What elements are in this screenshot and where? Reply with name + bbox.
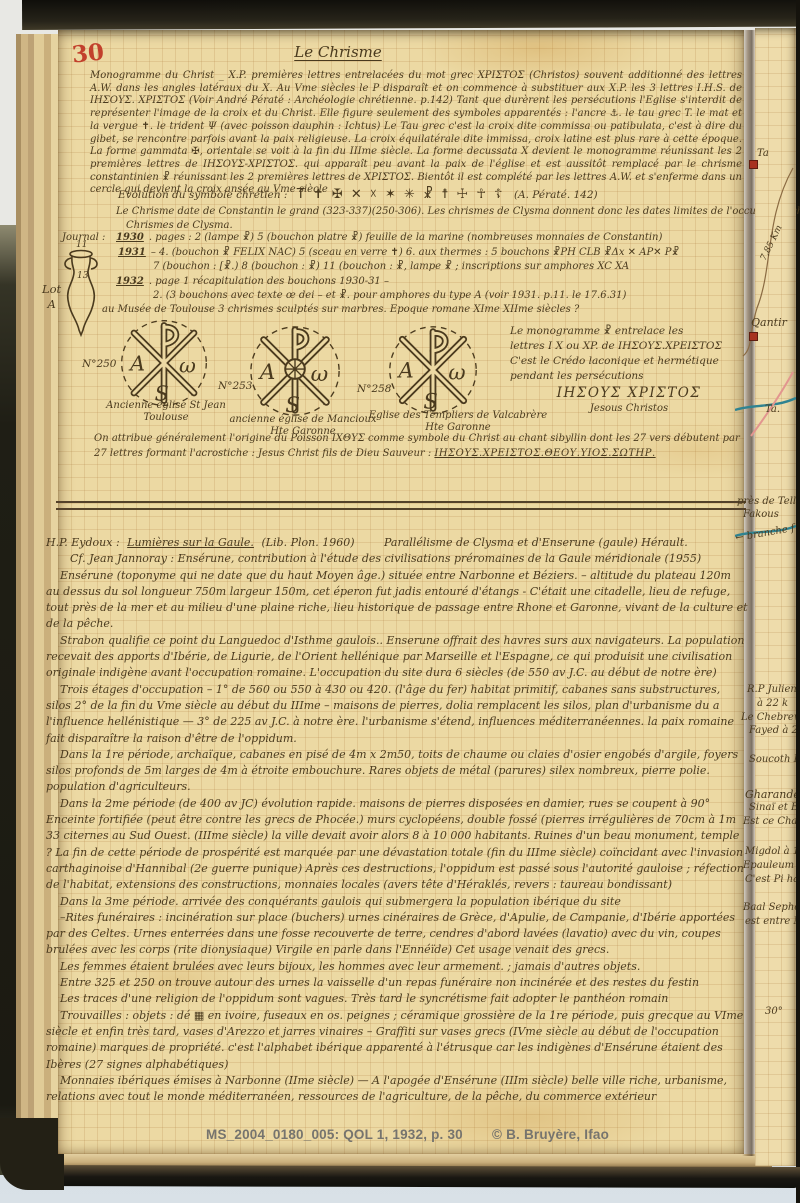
svg-text:ω: ω [311, 362, 329, 387]
section-divider [56, 501, 746, 503]
journal-entry-1930: 1930. pages : 2 (lampe ☧) 5 (bouchon pla… [116, 232, 662, 243]
copyright-caption: © B. Bruyère, Ifao [492, 1127, 609, 1142]
facing-fragment: Migdol à 18 [745, 846, 796, 857]
eydoux-paragraph: Trois étages d'occupation – 1° de 560 ou… [46, 682, 748, 747]
eydoux-paragraph: Monnaies ibériques émises à Narbonne (II… [46, 1073, 748, 1106]
eydoux-author: H.P. Eydoux : [46, 536, 120, 549]
lot-word: Lot [42, 282, 61, 297]
eydoux-paragraph: Ensérune (toponyme qui ne date que du ha… [46, 568, 748, 633]
greek-title: ΙΗΣΟΥΣ ΧΡΙΣΤΟΣ [510, 386, 748, 401]
journal-year: 1932 [116, 276, 144, 287]
notebook-page: 30 Le Chrisme Monogramme du Christ _ X.P… [58, 30, 744, 1154]
cross-symbols-icon: T ✝ ✠ ✕ ☓ ✶ ✳ ☧ ☨ ☩ ☥ ☦ [297, 187, 505, 202]
journal-entry-1932: 1932. page 1 récapitulation des bouchons… [116, 276, 389, 287]
svg-text:ω: ω [179, 353, 196, 377]
chrisme-drawing-250: A ω S [117, 316, 211, 410]
place-label-qantir: Qantir [751, 316, 787, 329]
acrostiche-greek: ΙΗΣΟΥΣ.ΧΡΕΙΣΤΟΣ.ΘΕΟΥ.ΥΙΟΣ.ΣΩΤΗΡ. [434, 448, 655, 459]
facing-fragment: Epauleum a [743, 860, 796, 871]
lot-label: Lot A [42, 282, 61, 312]
facing-fragment: Ta [757, 148, 769, 159]
journal-text: . page 1 récapitulation des bouchons 193… [149, 276, 389, 287]
intro-paragraph: Monogramme du Christ _ X.P. premières le… [90, 70, 742, 197]
catalog-caption: MS_2004_0180_005: QOL 1, 1932, p. 30 [206, 1127, 463, 1142]
scan-right-edge [796, 0, 800, 1203]
facing-fragment: Gharandel - [745, 788, 796, 801]
journal-year: 1930 [116, 232, 144, 243]
acrostiche-paragraph: On attribue généralement l'origine du Po… [94, 432, 744, 461]
constantin-dates-line: Le Chrisme date de Constantin le grand (… [116, 206, 800, 217]
red-site-marker-icon [749, 160, 758, 169]
facing-fragment: Fayed à 23 [749, 725, 796, 736]
page-title: Le Chrisme [198, 43, 478, 61]
evolution-label: Evolution du symbole chrétien : [118, 189, 287, 201]
eydoux-section: H.P. Eydoux : Lumières sur la Gaule. (Li… [46, 535, 748, 1105]
facing-fragment: R.P Julien : M [747, 684, 796, 695]
eydoux-paragraph: Dans la 3me période. arrivée des conquér… [46, 894, 748, 910]
amphora-drawing: 11 13 [54, 238, 110, 338]
facing-fragment: Baal Sephon [743, 902, 796, 913]
svg-text:ω: ω [448, 360, 465, 385]
eydoux-book-title: Lumières sur la Gaule. [127, 536, 254, 549]
journal-entry-1932b: 2. (3 bouchons avec texte œ dei – et ☧. … [153, 290, 626, 301]
note-line: C'est le Crédo laconique et hermétique [510, 354, 748, 369]
facing-page-content: Ta 7,85 Km Qantir Ta. près de Tell Fakou… [735, 28, 796, 1166]
facing-fragment: C'est Pi hahi [745, 874, 796, 885]
facing-fragment: Ta. [765, 404, 780, 415]
eydoux-reference: Cf. Jean Jannoray : Ensérune, contributi… [46, 551, 748, 567]
journal-year: 1931 [118, 247, 146, 258]
svg-text:A: A [396, 358, 413, 383]
eydoux-paragraph: Les traces d'une religion de l'oppidum s… [46, 991, 748, 1007]
facing-fragment: Soucoth El [749, 754, 796, 765]
svg-text:A: A [128, 352, 145, 376]
note-line: Le monogramme ☧ entrelace les [510, 324, 748, 339]
evolution-ref: (A. Pératé. 142) [514, 189, 598, 201]
chrisme-drawing-258: A ω S [385, 322, 481, 418]
journal-entry-1931b: 7 (bouchon : [☧.) 8 (bouchon : ☧) 11 (bo… [153, 261, 629, 272]
figure-number: N°253 [218, 380, 252, 392]
eydoux-paragraph: Dans la 1re période, archaïque, cabanes … [46, 747, 748, 796]
facing-fragment: Est ce Chare [743, 816, 796, 827]
notebook-bottom-cover [20, 1165, 800, 1188]
facing-fragment: 30° [765, 1006, 783, 1017]
eydoux-paragraph: Dans la 2me période (de 400 av JC) évolu… [46, 796, 748, 894]
lot-letter: A [42, 297, 61, 312]
journal-text: 7 (bouchon : [☧.) 8 (bouchon : ☧) 11 (bo… [153, 261, 629, 272]
facing-fragment: Le Chebrewet e [741, 712, 796, 723]
facing-fragment: est entre Mig [745, 916, 796, 927]
eydoux-paragraph: –Rites funéraires : incinération sur pla… [46, 910, 748, 959]
note-line: pendant les persécutions [510, 369, 748, 384]
facing-fragment: à 22 k [757, 698, 788, 709]
greek-transliteration: Jesous Christos [510, 401, 748, 416]
amphora-mid-number: 13 [77, 271, 89, 281]
facing-fragment: Fakous [743, 509, 779, 520]
canal-line [735, 368, 796, 438]
monogram-note: Le monogramme ☧ entrelace les lettres I … [510, 324, 748, 416]
musee-toulouse-line: au Musée de Toulouse 3 chrismes sculptés… [102, 304, 579, 315]
facing-fragment: près de Tell [737, 496, 796, 507]
amphora-top-number: 11 [76, 240, 87, 250]
eydoux-subtitle: Parallélisme de Clysma et d'Enserune (ga… [384, 536, 688, 549]
chrismes-clysma-line: Chrismes de Clysma. [126, 220, 233, 231]
eydoux-header: H.P. Eydoux : Lumières sur la Gaule. (Li… [46, 535, 748, 551]
journal-entry-1931: 1931– 4. (bouchon ☧ FELIX NAC) 5 (sceau … [118, 247, 679, 258]
page-number: 30 [71, 38, 106, 68]
journal-text: 2. (3 bouchons avec texte œ dei – et ☧. … [153, 290, 626, 301]
notebook-top-edge [22, 0, 800, 30]
eydoux-paragraph: Strabon qualifie ce point du Languedoc d… [46, 633, 748, 682]
red-site-marker-icon [749, 332, 758, 341]
eydoux-paragraph: Entre 325 et 250 on trouve autour des ur… [46, 975, 748, 991]
notebook-bottom-left-corner [0, 1118, 64, 1190]
section-divider [56, 508, 746, 510]
facing-fragment: Sinaï et B [749, 802, 796, 813]
figure-number: N°258 [357, 383, 391, 395]
eydoux-paragraph: Les femmes étaient brulées avec leurs bi… [46, 959, 748, 975]
evolution-line: Evolution du symbole chrétien : T ✝ ✠ ✕ … [118, 187, 598, 202]
caption-line: Ancienne église St Jean [76, 400, 256, 412]
chrisme-drawing-253: A ω S [246, 322, 344, 420]
journal-text: – 4. (bouchon ☧ FELIX NAC) 5 (sceau en v… [151, 247, 679, 258]
svg-text:A: A [258, 360, 276, 385]
eydoux-edition: (Lib. Plon. 1960) [261, 536, 354, 549]
eydoux-paragraph: Trouvailles : objets : dé ▦ en ivoire, f… [46, 1008, 748, 1073]
note-line: lettres I X ou XP. de ΙΗΣΟΥΣ.ΧΡΕΙΣΤΟΣ [510, 339, 748, 354]
journal-text: . pages : 2 (lampe ☧) 5 (bouchon platre … [149, 232, 663, 243]
figure-number: N°250 [82, 358, 116, 370]
